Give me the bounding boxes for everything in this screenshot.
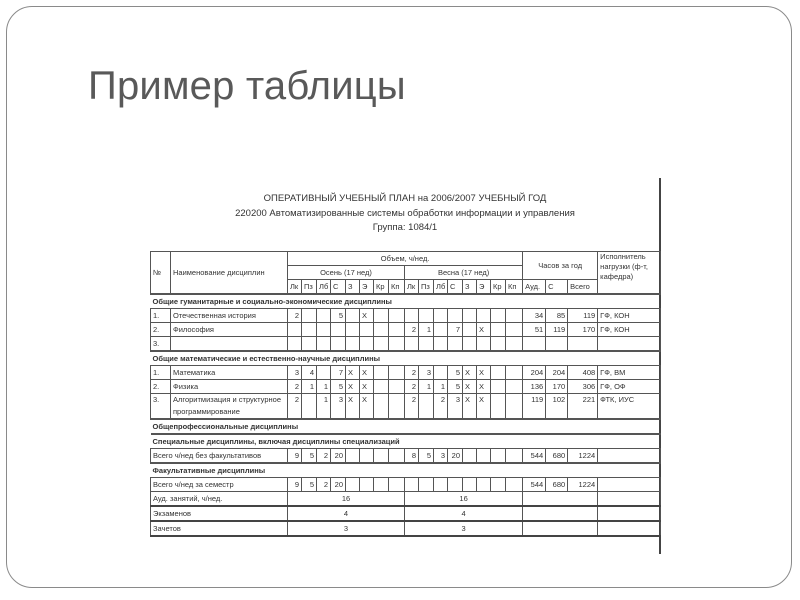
section-row: Общие математические и естественно-научн… [151, 351, 661, 366]
discipline-name: Философия [171, 323, 288, 337]
value-cell: 3 [419, 366, 434, 380]
value-cell: 1 [419, 380, 434, 394]
total-cell [374, 449, 389, 464]
value-cell: X [346, 380, 360, 394]
total-cell [389, 449, 405, 464]
row-num: 3. [151, 337, 171, 352]
header-subcolumn: З [463, 280, 477, 295]
summary-spring: 4 [405, 506, 523, 521]
executor-cell [598, 449, 661, 464]
value-cell [302, 394, 317, 420]
total-cell [477, 449, 491, 464]
section-title: Специальные дисциплины, включая дисципли… [151, 434, 661, 449]
summary-row: Зачетов33 [151, 521, 661, 536]
value-cell [434, 309, 448, 323]
summary-hours [523, 492, 598, 507]
discipline-name: Математика [171, 366, 288, 380]
total-cell: 20 [331, 478, 346, 492]
value-cell [419, 309, 434, 323]
header-subcolumn: Кр [374, 280, 389, 295]
executor-cell [598, 478, 661, 492]
value-cell: 2 [405, 394, 419, 420]
value-cell [463, 337, 477, 352]
value-cell: X [477, 323, 491, 337]
value-cell [506, 380, 523, 394]
value-cell [389, 380, 405, 394]
total-cell: 544 [523, 449, 546, 464]
value-cell: 51 [523, 323, 546, 337]
total-cell: 2 [317, 449, 331, 464]
total-cell [491, 449, 506, 464]
value-cell: 119 [523, 394, 546, 420]
value-cell [434, 323, 448, 337]
plan-heading: ОПЕРАТИВНЫЙ УЧЕБНЫЙ ПЛАН на 2006/2007 УЧ… [150, 193, 660, 204]
value-cell: 2 [288, 309, 302, 323]
value-cell: 221 [568, 394, 598, 420]
curriculum-table: №Наименование дисциплинОбъем, ч/нед.Часо… [150, 251, 661, 537]
total-cell: 2 [317, 478, 331, 492]
header-volume: Объем, ч/нед. [288, 252, 523, 266]
value-cell [506, 309, 523, 323]
value-cell [331, 337, 346, 352]
total-cell [477, 478, 491, 492]
total-cell: 1224 [568, 478, 598, 492]
discipline-name: Алгоритмизация и структурное программиро… [171, 394, 288, 420]
value-cell [477, 309, 491, 323]
slide-title: Пример таблицы [88, 64, 406, 109]
value-cell: 1 [434, 380, 448, 394]
value-cell [405, 337, 419, 352]
header-subcolumn: Кр [491, 280, 506, 295]
value-cell [434, 337, 448, 352]
header-subcolumn: Пз [302, 280, 317, 295]
summary-executor [598, 506, 661, 521]
value-cell: 119 [568, 309, 598, 323]
value-cell: 408 [568, 366, 598, 380]
value-cell: 2 [288, 380, 302, 394]
value-cell [302, 323, 317, 337]
summary-label: Экзаменов [151, 506, 288, 521]
total-cell: 1224 [568, 449, 598, 464]
table-row: 2.Философия217X51119170ГФ, КОН [151, 323, 661, 337]
value-cell [374, 337, 389, 352]
header-subcolumn: Кп [506, 280, 523, 295]
value-cell [491, 337, 506, 352]
table-row: 2.Физика2115XX2115XX136170306ГФ, ОФ [151, 380, 661, 394]
total-cell [346, 449, 360, 464]
value-cell [389, 323, 405, 337]
value-cell [288, 323, 302, 337]
total-cell: 5 [302, 478, 317, 492]
value-cell: 204 [523, 366, 546, 380]
value-cell: X [463, 366, 477, 380]
summary-hours [523, 521, 598, 536]
summary-hours [523, 506, 598, 521]
value-cell: 170 [546, 380, 568, 394]
summary-autumn: 16 [288, 492, 405, 507]
value-cell: 34 [523, 309, 546, 323]
value-cell: 170 [568, 323, 598, 337]
header-subcolumn: Ауд. [523, 280, 546, 295]
header-subcolumn: Лб [317, 280, 331, 295]
value-cell: 1 [317, 394, 331, 420]
total-cell: 20 [448, 449, 463, 464]
total-label: Всего ч/нед за семестр [151, 478, 288, 492]
value-cell: 4 [302, 366, 317, 380]
header-subcolumn: Э [477, 280, 491, 295]
value-cell: 5 [331, 309, 346, 323]
value-cell [360, 337, 374, 352]
section-title: Общие математические и естественно-научн… [151, 351, 661, 366]
value-cell: 119 [546, 323, 568, 337]
value-cell: 85 [546, 309, 568, 323]
header-subcolumn: С [448, 280, 463, 295]
table-row: 3.Алгоритмизация и структурное программи… [151, 394, 661, 420]
header-name: Наименование дисциплин [171, 252, 288, 295]
value-cell [346, 337, 360, 352]
total-cell [506, 449, 523, 464]
value-cell: 2 [288, 394, 302, 420]
header-subcolumn: Э [360, 280, 374, 295]
value-cell [389, 309, 405, 323]
plan-specialty: 220200 Автоматизированные системы обрабо… [150, 208, 660, 219]
value-cell [448, 309, 463, 323]
value-cell: 7 [448, 323, 463, 337]
value-cell [477, 337, 491, 352]
total-cell [434, 478, 448, 492]
header-spring: Весна (17 нед) [405, 266, 523, 280]
value-cell [360, 323, 374, 337]
header-subcolumn: Лб [434, 280, 448, 295]
row-num: 1. [151, 309, 171, 323]
value-cell [419, 337, 434, 352]
value-cell [389, 337, 405, 352]
value-cell: 2 [434, 394, 448, 420]
total-cell [506, 478, 523, 492]
header-subcolumn: С [546, 280, 568, 295]
value-cell: X [346, 366, 360, 380]
section-title: Общепрофессиональные дисциплины [151, 419, 661, 434]
total-cell [491, 478, 506, 492]
value-cell [546, 337, 568, 352]
total-cell: 9 [288, 449, 302, 464]
value-cell [491, 394, 506, 420]
section-row: Общие гуманитарные и социально-экономиче… [151, 294, 661, 309]
executor-cell: ГФ, ОФ [598, 380, 661, 394]
value-cell [346, 323, 360, 337]
value-cell [419, 394, 434, 420]
value-cell [317, 309, 331, 323]
value-cell [302, 309, 317, 323]
value-cell [288, 337, 302, 352]
value-cell: X [463, 394, 477, 420]
total-cell: 3 [434, 449, 448, 464]
value-cell: X [360, 366, 374, 380]
total-cell: 680 [546, 449, 568, 464]
total-cell: 20 [331, 449, 346, 464]
value-cell: X [477, 394, 491, 420]
total-cell [346, 478, 360, 492]
value-cell [506, 366, 523, 380]
value-cell: 2 [405, 380, 419, 394]
value-cell: X [463, 380, 477, 394]
header-subcolumn: Лк [288, 280, 302, 295]
total-cell [448, 478, 463, 492]
value-cell [491, 380, 506, 394]
total-cell: 544 [523, 478, 546, 492]
row-num: 1. [151, 366, 171, 380]
section-row: Общепрофессиональные дисциплины [151, 419, 661, 434]
executor-cell: ГФ, КОН [598, 323, 661, 337]
value-cell [346, 309, 360, 323]
value-cell: 1 [419, 323, 434, 337]
header-subcolumn: С [331, 280, 346, 295]
discipline-name: Отечественная история [171, 309, 288, 323]
value-cell [448, 337, 463, 352]
total-row: Всего ч/нед без факультативов95220853205… [151, 449, 661, 464]
value-cell: 3 [448, 394, 463, 420]
header-subcolumn: З [346, 280, 360, 295]
value-cell [434, 366, 448, 380]
section-title: Общие гуманитарные и социально-экономиче… [151, 294, 661, 309]
value-cell: 204 [546, 366, 568, 380]
value-cell [331, 323, 346, 337]
summary-row: Экзаменов44 [151, 506, 661, 521]
value-cell: 5 [448, 380, 463, 394]
header-subcolumn: Всего [568, 280, 598, 295]
summary-label: Ауд. занятий, ч/нед. [151, 492, 288, 507]
summary-row: Ауд. занятий, ч/нед.1616 [151, 492, 661, 507]
header-autumn: Осень (17 нед) [288, 266, 405, 280]
value-cell: 3 [331, 394, 346, 420]
row-num: 3. [151, 394, 171, 420]
value-cell: X [360, 394, 374, 420]
total-cell [360, 449, 374, 464]
summary-spring: 3 [405, 521, 523, 536]
total-label: Всего ч/нед без факультативов [151, 449, 288, 464]
total-cell: 680 [546, 478, 568, 492]
header-num: № [151, 252, 171, 295]
discipline-name: Физика [171, 380, 288, 394]
value-cell: 5 [331, 380, 346, 394]
summary-autumn: 4 [288, 506, 405, 521]
executor-cell: ГФ, КОН [598, 309, 661, 323]
table-row: 3. [151, 337, 661, 352]
total-cell: 5 [302, 449, 317, 464]
value-cell: 3 [288, 366, 302, 380]
header-executor: Исполнитель нагрузки (ф-т, кафедра) [598, 252, 661, 295]
total-cell [389, 478, 405, 492]
value-cell [302, 337, 317, 352]
value-cell [463, 309, 477, 323]
row-num: 2. [151, 323, 171, 337]
section-title: Факультативные дисциплины [151, 463, 661, 478]
value-cell: 1 [317, 380, 331, 394]
value-cell [523, 337, 546, 352]
row-num: 2. [151, 380, 171, 394]
value-cell [491, 309, 506, 323]
value-cell [374, 394, 389, 420]
value-cell: 1 [302, 380, 317, 394]
total-cell [374, 478, 389, 492]
summary-executor [598, 492, 661, 507]
total-cell [463, 449, 477, 464]
value-cell [506, 337, 523, 352]
value-cell: X [360, 380, 374, 394]
value-cell [317, 366, 331, 380]
value-cell [374, 323, 389, 337]
value-cell [405, 309, 419, 323]
value-cell: 306 [568, 380, 598, 394]
value-cell: 2 [405, 366, 419, 380]
table-row: 1.Отечественная история25X3485119ГФ, КОН [151, 309, 661, 323]
value-cell [374, 366, 389, 380]
value-cell [491, 366, 506, 380]
total-cell [405, 478, 419, 492]
value-cell: X [477, 380, 491, 394]
executor-cell [598, 337, 661, 352]
value-cell: 136 [523, 380, 546, 394]
value-cell: X [360, 309, 374, 323]
total-cell: 5 [419, 449, 434, 464]
plan-group: Группа: 1084/1 [150, 222, 660, 233]
executor-cell: ФТК, ИУС [598, 394, 661, 420]
value-cell [491, 323, 506, 337]
summary-autumn: 3 [288, 521, 405, 536]
value-cell [568, 337, 598, 352]
value-cell [506, 323, 523, 337]
executor-cell: ГФ, ВМ [598, 366, 661, 380]
summary-executor [598, 521, 661, 536]
value-cell [317, 337, 331, 352]
value-cell [317, 323, 331, 337]
value-cell [506, 394, 523, 420]
value-cell: 102 [546, 394, 568, 420]
header-subcolumn: Лк [405, 280, 419, 295]
value-cell: 2 [405, 323, 419, 337]
value-cell: 5 [448, 366, 463, 380]
table-row: 1.Математика347XX235XX204204408ГФ, ВМ [151, 366, 661, 380]
total-cell [463, 478, 477, 492]
header-subcolumn: Кп [389, 280, 405, 295]
total-cell: 8 [405, 449, 419, 464]
value-cell [374, 309, 389, 323]
total-cell: 9 [288, 478, 302, 492]
section-row: Специальные дисциплины, включая дисципли… [151, 434, 661, 449]
value-cell: X [477, 366, 491, 380]
total-row: Всего ч/нед за семестр952205446801224 [151, 478, 661, 492]
total-cell [419, 478, 434, 492]
value-cell: 7 [331, 366, 346, 380]
summary-spring: 16 [405, 492, 523, 507]
header-hours: Часов за год [523, 252, 598, 280]
value-cell [463, 323, 477, 337]
value-cell [389, 394, 405, 420]
value-cell [389, 366, 405, 380]
value-cell [374, 380, 389, 394]
header-subcolumn: Пз [419, 280, 434, 295]
summary-label: Зачетов [151, 521, 288, 536]
total-cell [360, 478, 374, 492]
header-row: №Наименование дисциплинОбъем, ч/нед.Часо… [151, 252, 661, 266]
discipline-name [171, 337, 288, 352]
section-row: Факультативные дисциплины [151, 463, 661, 478]
value-cell: X [346, 394, 360, 420]
